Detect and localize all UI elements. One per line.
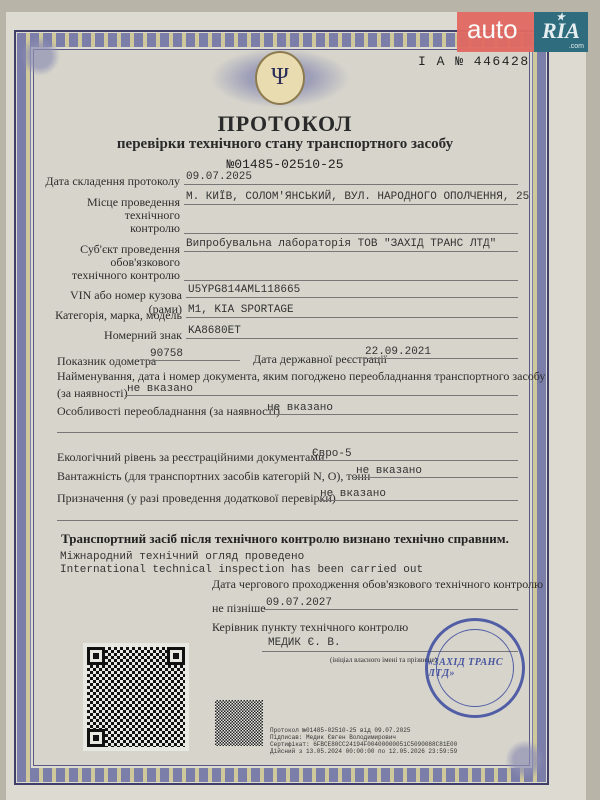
head-caption: (ініціал власного імені та прізвище) [330, 653, 437, 667]
document-subtitle: перевірки технічного стану транспортного… [0, 136, 570, 153]
purpose-value: не вказано [320, 488, 386, 500]
field-underline [184, 280, 518, 281]
reequipment-features-value: не вказано [267, 402, 333, 414]
plate-label: Номерний знак [40, 328, 182, 342]
signature-line-2: Підписав: Медик Євген Володимирович [270, 734, 457, 741]
field-underline [186, 297, 518, 298]
field-underline [184, 184, 518, 185]
qr-finder-icon [87, 729, 105, 747]
date-value: 09.07.2025 [186, 171, 252, 183]
date-label: Дата складення протоколу [40, 174, 180, 188]
vin-value: U5YPG814AML118665 [188, 284, 300, 296]
place-value: М. КИЇВ, СОЛОМ'ЯНСЬКИЙ, ВУЛ. НАРОДНОГО О… [186, 191, 529, 203]
autoria-watermark: auto ★ RIA .com [457, 12, 588, 52]
head-name: МЕДИК Є. В. [268, 637, 341, 649]
field-underline [264, 609, 518, 610]
qr-finder-icon [87, 647, 105, 665]
subject-label: Суб'єкт проведення [40, 242, 180, 256]
field-underline [310, 460, 518, 461]
place-label: Місце проведення [40, 195, 180, 209]
head-label: Керівник пункту технічного контролю [212, 620, 408, 634]
trident-coat-of-arms-icon: Ψ [255, 51, 305, 105]
field-underline [318, 500, 518, 501]
star-icon: ★ [556, 12, 565, 23]
datamatrix-code[interactable] [215, 700, 263, 746]
category-label: Категорія, марка, модель [40, 308, 182, 322]
next-inspection-prefix: не пізніше [212, 601, 266, 615]
field-underline [57, 520, 518, 521]
field-underline [125, 395, 518, 396]
registration-value: 22.09.2021 [365, 346, 431, 358]
field-underline [186, 338, 518, 339]
watermark-suffix: .com [569, 43, 584, 50]
field-underline [265, 414, 518, 415]
place-label-3: контролю [40, 221, 180, 235]
field-underline [184, 204, 518, 205]
emblem-block: Ψ [210, 45, 350, 110]
reequipment-doc-label: Найменування, дата і номер документа, як… [57, 369, 545, 383]
corner-ornament-icon [505, 740, 545, 780]
document-title: ПРОТОКОЛ [0, 111, 570, 137]
form-serial-number: I A № 446428 [418, 54, 530, 69]
field-underline [184, 233, 518, 234]
subject-value: Випробувальна лабораторія ТОВ "ЗАХІД ТРА… [186, 238, 496, 250]
signature-block: Протокол №01485-02510-25 від 09.07.2025 … [270, 727, 457, 755]
place-label-2: технічного [40, 208, 180, 222]
odometer-value: 90758 [150, 348, 183, 360]
reequipment-doc-value: не вказано [127, 383, 193, 395]
capacity-label: Вантажність (для транспортних засобів ка… [57, 469, 370, 483]
subject-label-2: обов'язкового [40, 255, 180, 269]
odometer-label: Показник одометра [57, 354, 156, 368]
company-stamp: «ЗАХІД ТРАНС ЛТД» [425, 618, 525, 718]
eco-value: Євро-5 [312, 448, 352, 460]
intl-inspection-ua: Міжнародний технічний огляд проведено [60, 551, 304, 563]
qr-code[interactable] [83, 643, 189, 751]
signature-line-1: Протокол №01485-02510-25 від 09.07.2025 [270, 727, 457, 734]
next-inspection-label: Дата чергового проходження обов'язкового… [212, 577, 543, 591]
protocol-number: №01485-02510-25 [0, 157, 570, 172]
eco-label: Екологічний рівень за реєстраційними док… [57, 450, 324, 464]
reequipment-doc-label-2: (за наявності) [57, 386, 128, 400]
capacity-value: не вказано [356, 465, 422, 477]
reequipment-features-label: Особливості переобладнання (за наявності… [57, 404, 280, 418]
corner-ornament-icon [20, 36, 60, 76]
field-underline [363, 358, 518, 359]
signature-line-4: Дійсний з 13.05.2024 00:00:00 по 12.05.2… [270, 748, 457, 755]
field-underline [57, 432, 518, 433]
subject-label-3: технічного контролю [40, 268, 180, 282]
signature-line-3: Сертифікат: 6FBCE80CC24194F00400000051C5… [270, 741, 457, 748]
watermark-ria: ★ RIA .com [534, 12, 588, 52]
qr-finder-icon [167, 647, 185, 665]
next-inspection-date: 09.07.2027 [266, 597, 332, 609]
field-underline [148, 360, 240, 361]
watermark-auto: auto [457, 12, 534, 52]
category-value: M1, KIA SPORTAGE [188, 304, 294, 316]
verdict-text: Транспортний засіб після технічного конт… [0, 531, 570, 547]
intl-inspection-en: International technical inspection has b… [60, 564, 423, 576]
purpose-label: Призначення (у разі проведення додатково… [57, 491, 336, 505]
field-underline [184, 251, 518, 252]
plate-value: KA8680ET [188, 325, 241, 337]
stamp-text: «ЗАХІД ТРАНС ЛТД» [428, 657, 522, 679]
field-underline [186, 317, 518, 318]
field-underline [352, 477, 518, 478]
